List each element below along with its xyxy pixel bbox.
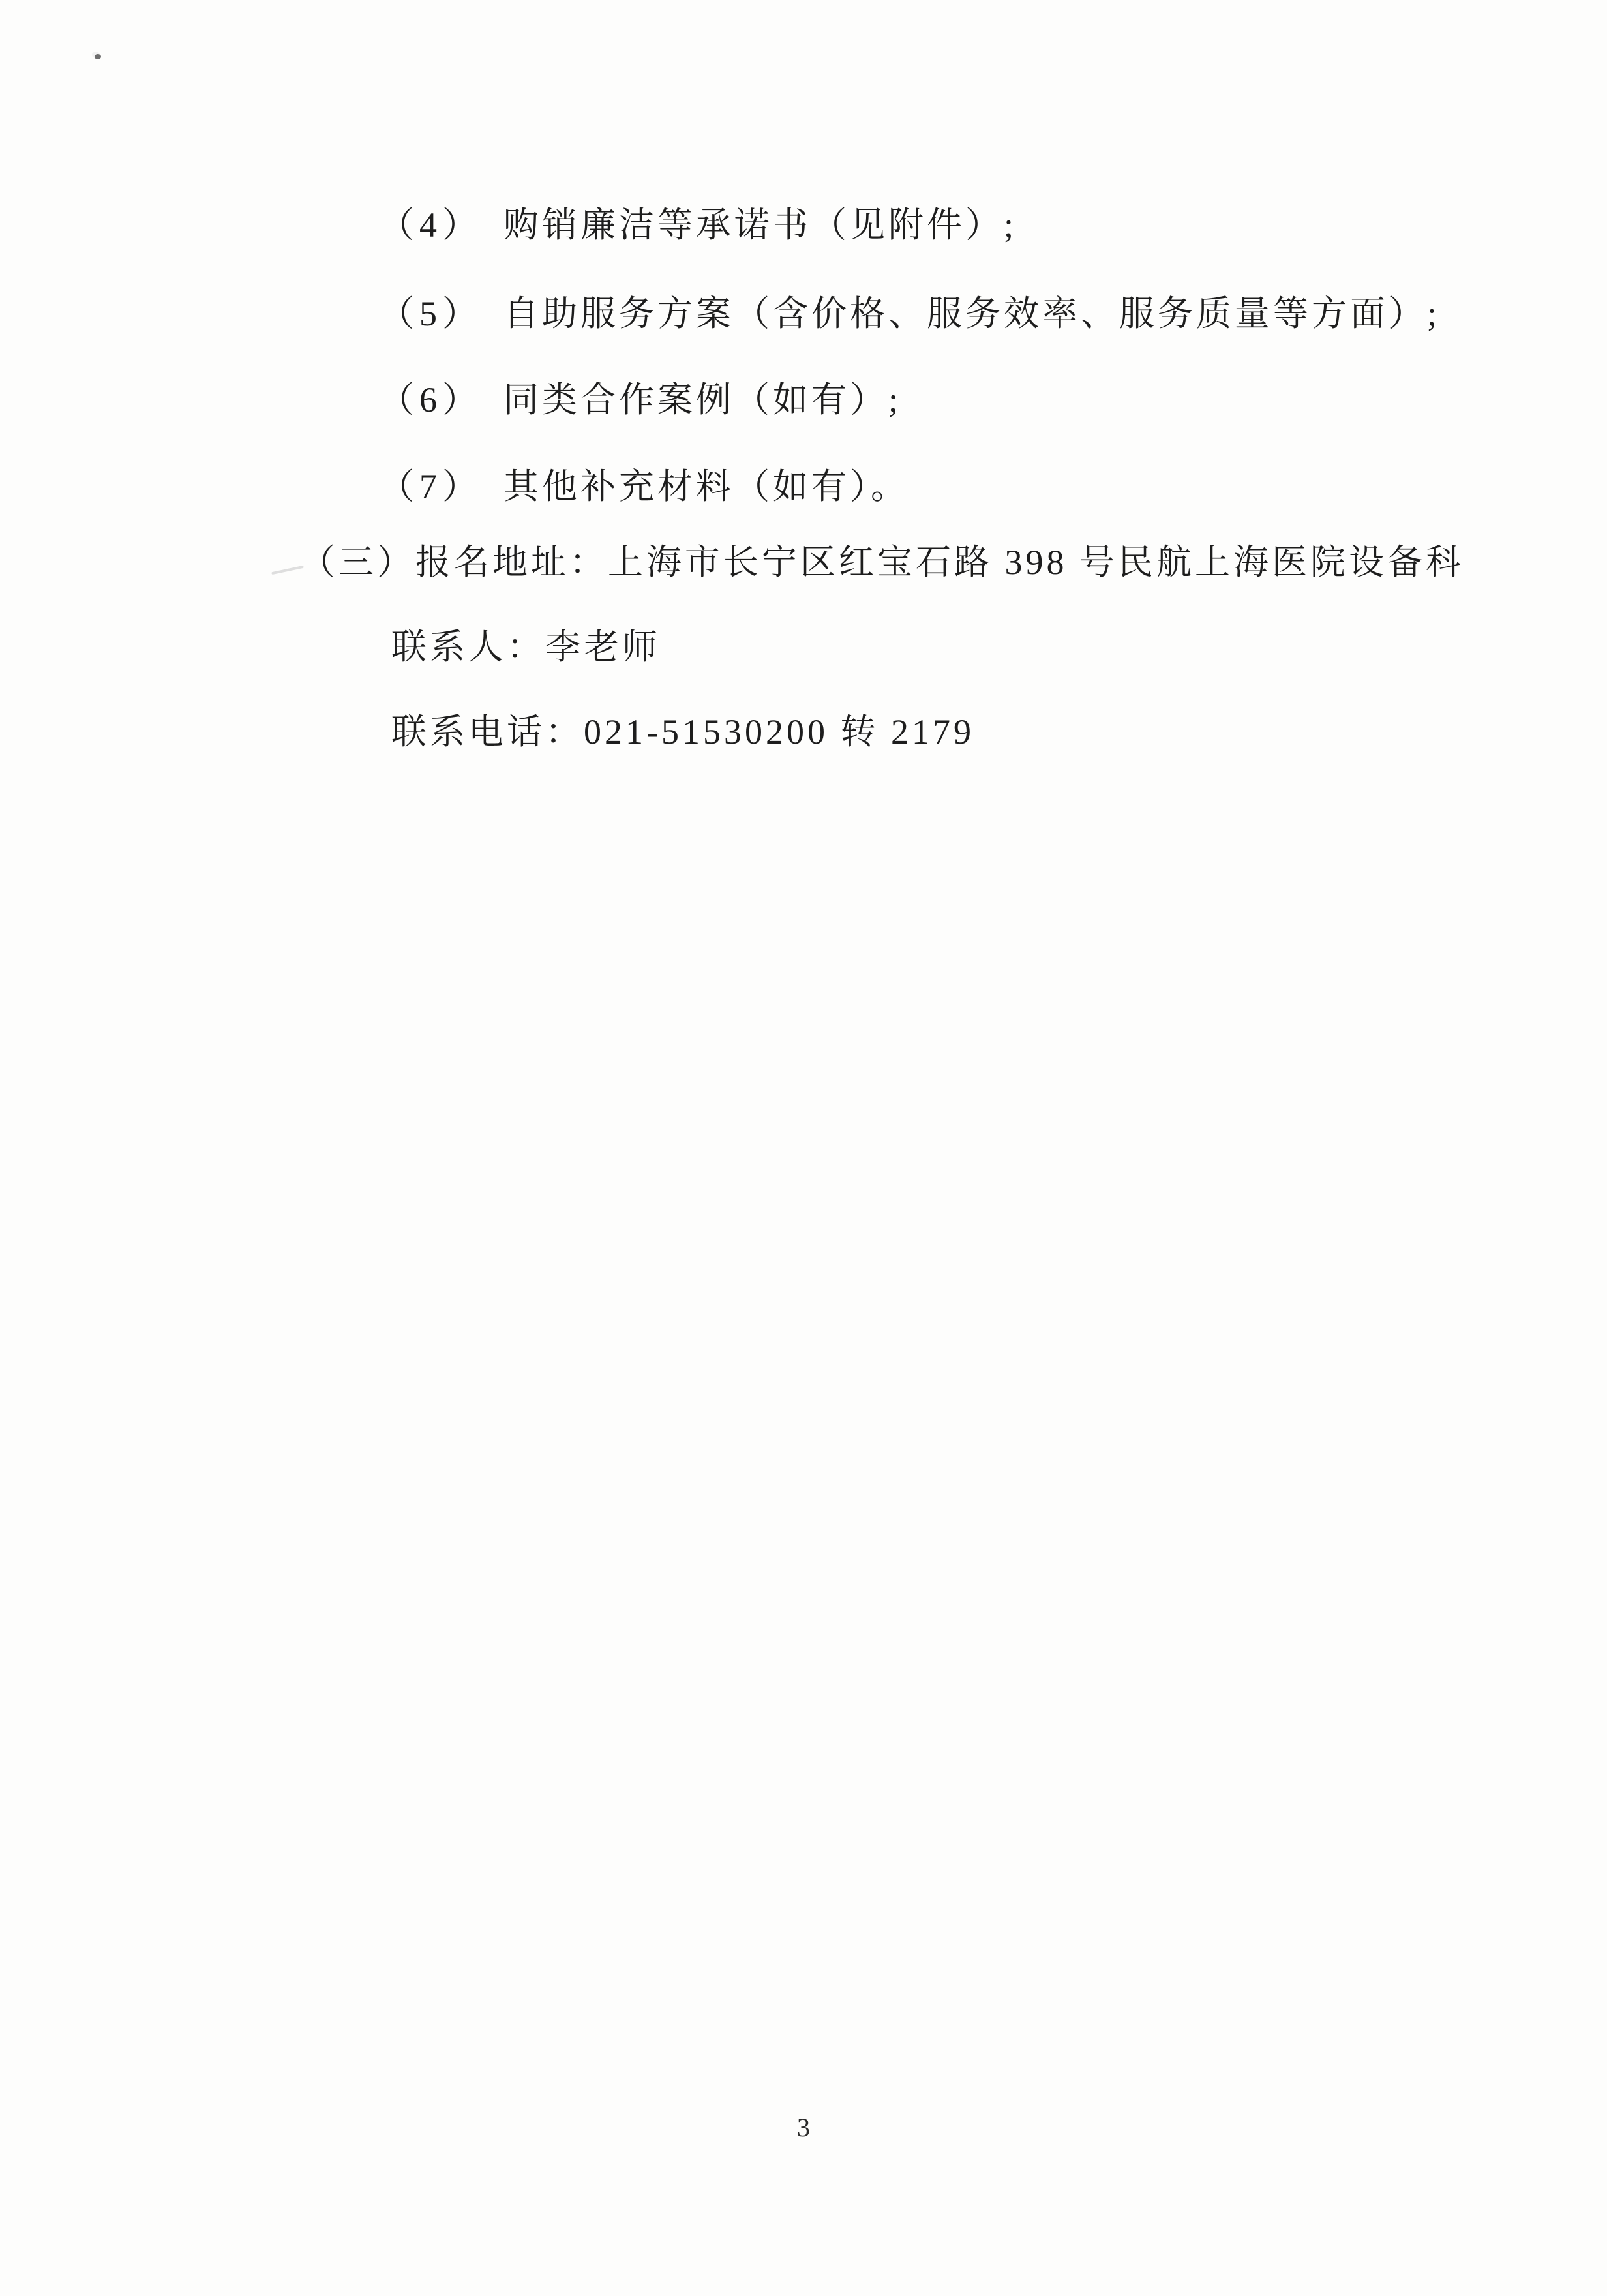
list-item-7-text: 其他补充材料（如有）。: [503, 467, 909, 506]
list-item-7-number: （7）: [379, 466, 483, 507]
scan-artifact-dash: [271, 566, 304, 575]
contact-person-line: 联系人：李老师: [391, 627, 661, 667]
list-item-7: （7）其他补充材料（如有）。: [379, 466, 909, 507]
section-heading-number: （三）: [300, 543, 415, 582]
list-item-6-number: （6）: [379, 380, 483, 420]
section-heading-text: 报名地址：上海市长宁区红宝石路 398 号民航上海医院设备科: [415, 543, 1464, 582]
section-heading-address: （三）报名地址：上海市长宁区红宝石路 398 号民航上海医院设备科: [300, 542, 1464, 582]
list-item-6-text: 同类合作案例（如有）;: [503, 380, 901, 419]
page-number: 3: [0, 2112, 1607, 2143]
list-item-6: （6）同类合作案例（如有）;: [379, 380, 901, 420]
list-item-4-number: （4）: [379, 205, 483, 245]
list-item-5: （5）自助服务方案（含价格、服务效率、服务质量等方面）;: [379, 294, 1440, 334]
list-item-5-text: 自助服务方案（含价格、服务效率、服务质量等方面）;: [503, 294, 1440, 333]
scan-artifact-dot: [95, 54, 101, 59]
list-item-5-number: （5）: [379, 294, 483, 334]
list-item-4: （4）购销廉洁等承诺书（见附件）;: [379, 205, 1017, 245]
list-item-4-text: 购销廉洁等承诺书（见附件）;: [503, 205, 1017, 245]
contact-phone-line: 联系电话：021-51530200 转 2179: [391, 712, 974, 752]
